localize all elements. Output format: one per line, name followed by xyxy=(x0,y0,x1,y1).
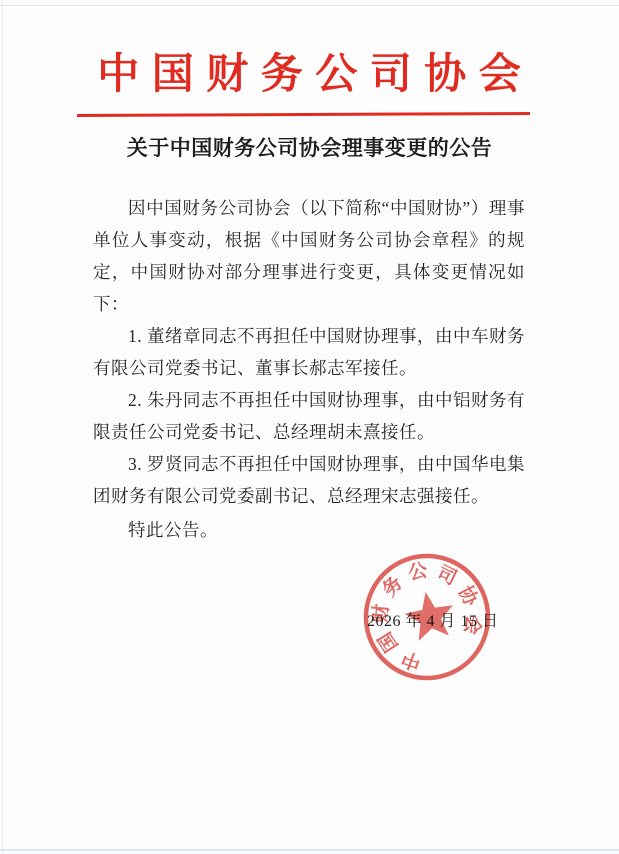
paragraph-item-3: 3. 罗贤同志不再担任中国财协理事，由中国华电集团财务有限公司党委副书记、总经理… xyxy=(93,448,525,512)
scan-edge-left xyxy=(2,0,3,854)
paragraph-item-1: 1. 董绪章同志不再担任中国财协理事，由中车财务有限公司党委书记、董事长郝志军接… xyxy=(93,320,525,384)
official-seal: 中国财务公司协会 xyxy=(360,550,494,684)
official-seal-graphic: 中国财务公司协会 xyxy=(360,550,494,684)
document-body: 因中国财务公司协会（以下简称“中国财协”）理事单位人事变动，根据《中国财务公司协… xyxy=(93,192,525,512)
header-divider xyxy=(77,112,530,117)
red-star-icon xyxy=(401,588,458,643)
seal-char: 财 xyxy=(368,603,392,624)
announcement-page: 中 国 财 务 公 司 协 会 关于中国财务公司协会理事变更的公告 因中国财务公… xyxy=(0,0,619,854)
paragraph-intro: 因中国财务公司协会（以下简称“中国财协”）理事单位人事变动，根据《中国财务公司协… xyxy=(93,192,525,320)
document-title: 关于中国财务公司协会理事变更的公告 xyxy=(0,136,619,162)
scan-edge-bottom xyxy=(0,849,619,851)
seal-char: 公 xyxy=(406,559,430,585)
paragraph-item-2: 2. 朱丹同志不再担任中国财协理事，由中铝财务有限责任公司党委书记、总经理胡未熹… xyxy=(93,384,525,448)
org-name: 中 国 财 务 公 司 协 会 xyxy=(0,50,619,100)
seal-char: 会 xyxy=(460,614,486,637)
scan-edge-top xyxy=(0,5,619,6)
closing-line: 特此公告。 xyxy=(93,514,525,546)
